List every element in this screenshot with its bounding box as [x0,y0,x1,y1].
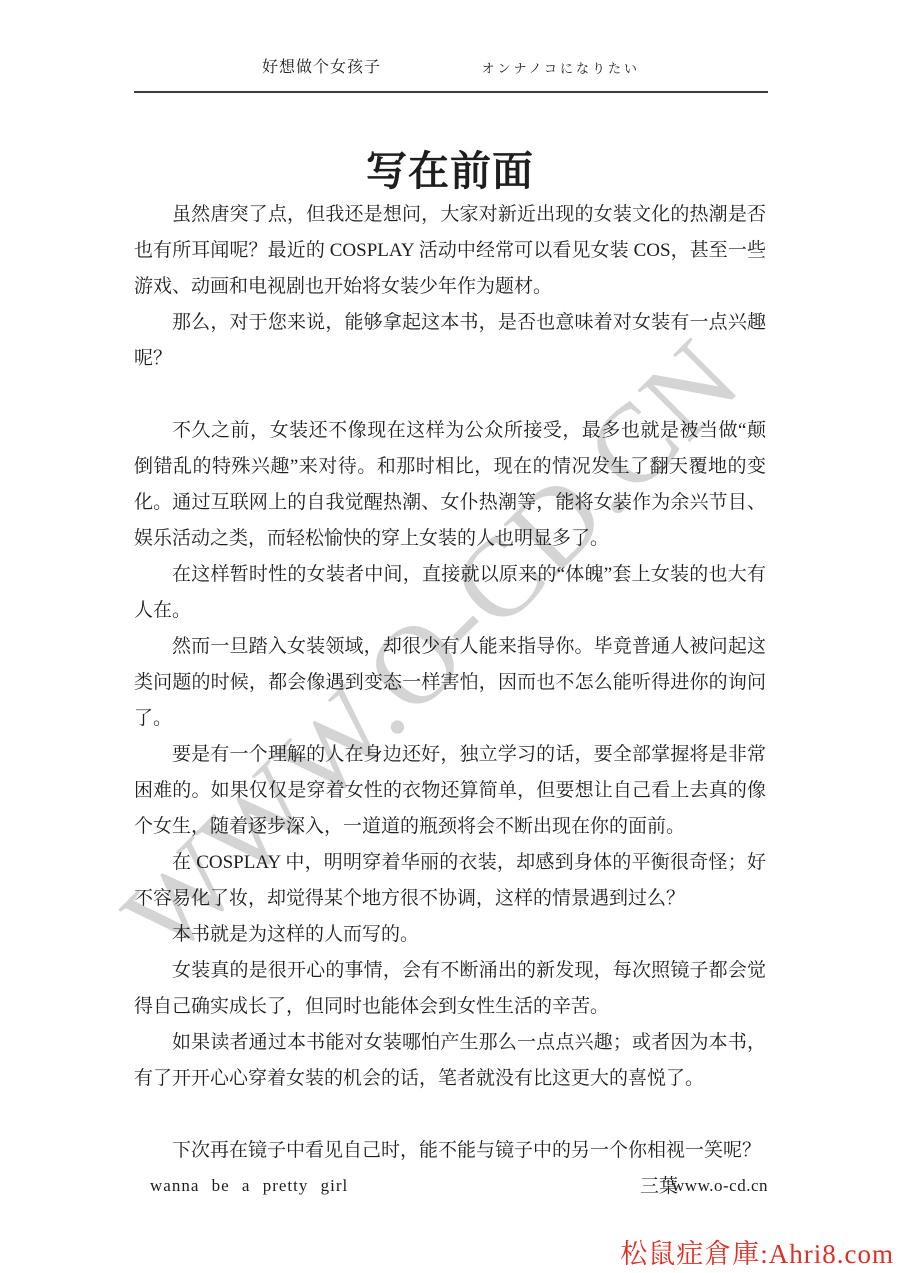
closing-line: 下次再在镜子中看见自己时，能不能与镜子中的另一个你相视一笑呢？ [134,1133,766,1169]
document-page: WWW.O-CD.CN 好想做个女孩子 オンナノコになりたい 写在前面 虽然唐突… [0,0,900,1273]
archive-stamp: 松鼠症倉庫:Ahri8.com [620,1232,894,1271]
footer-slogan: wanna be a pretty girl [150,1176,348,1196]
paragraph-6: 要是有一个理解的人在身边还好，独立学习的话，要全部掌握将是非常困难的。如果仅仅是… [134,737,766,845]
header-book-title-chinese: 好想做个女孩子 [262,54,381,77]
page-header: 好想做个女孩子 オンナノコになりたい [134,54,768,93]
page-title: 写在前面 [0,138,900,197]
paragraph-8: 本书就是为这样的人而写的。 [134,917,766,953]
paragraph-7: 在 COSPLAY 中，明明穿着华丽的衣装，却感到身体的平衡很奇怪；好不容易化了… [134,845,766,917]
paragraph-1: 虽然唐突了点，但我还是想问，大家对新近出现的女装文化的热潮是否也有所耳闻呢？最近… [134,197,766,305]
paragraph-5: 然而一旦踏入女装领域，却很少有人能来指导你。毕竟普通人被问起这类问题的时候，都会… [134,629,766,737]
paragraph-4: 在这样暂时性的女装者中间，直接就以原来的“体魄”套上女装的也大有人在。 [134,557,766,629]
paragraph-2: 那么，对于您来说，能够拿起这本书，是否也意味着对女装有一点兴趣呢？ [134,305,766,377]
paragraph-3: 不久之前，女装还不像现在这样为公众所接受，最多也就是被当做“颠倒错乱的特殊兴趣”… [134,413,766,557]
header-book-title-japanese: オンナノコになりたい [482,58,640,77]
preface-body: 虽然唐突了点，但我还是想问，大家对新近出现的女装文化的热潮是否也有所耳闻呢？最近… [134,197,766,1205]
page-footer: wanna be a pretty girl www.o-cd.cn [134,1176,768,1196]
paragraph-9: 女装真的是很开心的事情，会有不断涌出的新发现，每次照镜子都会觉得自己确实成长了，… [134,953,766,1025]
paragraph-10: 如果读者通过本书能对女装哪怕产生那么一点点兴趣；或者因为本书，有了开开心心穿着女… [134,1025,766,1097]
footer-site-url: www.o-cd.cn [672,1176,768,1196]
